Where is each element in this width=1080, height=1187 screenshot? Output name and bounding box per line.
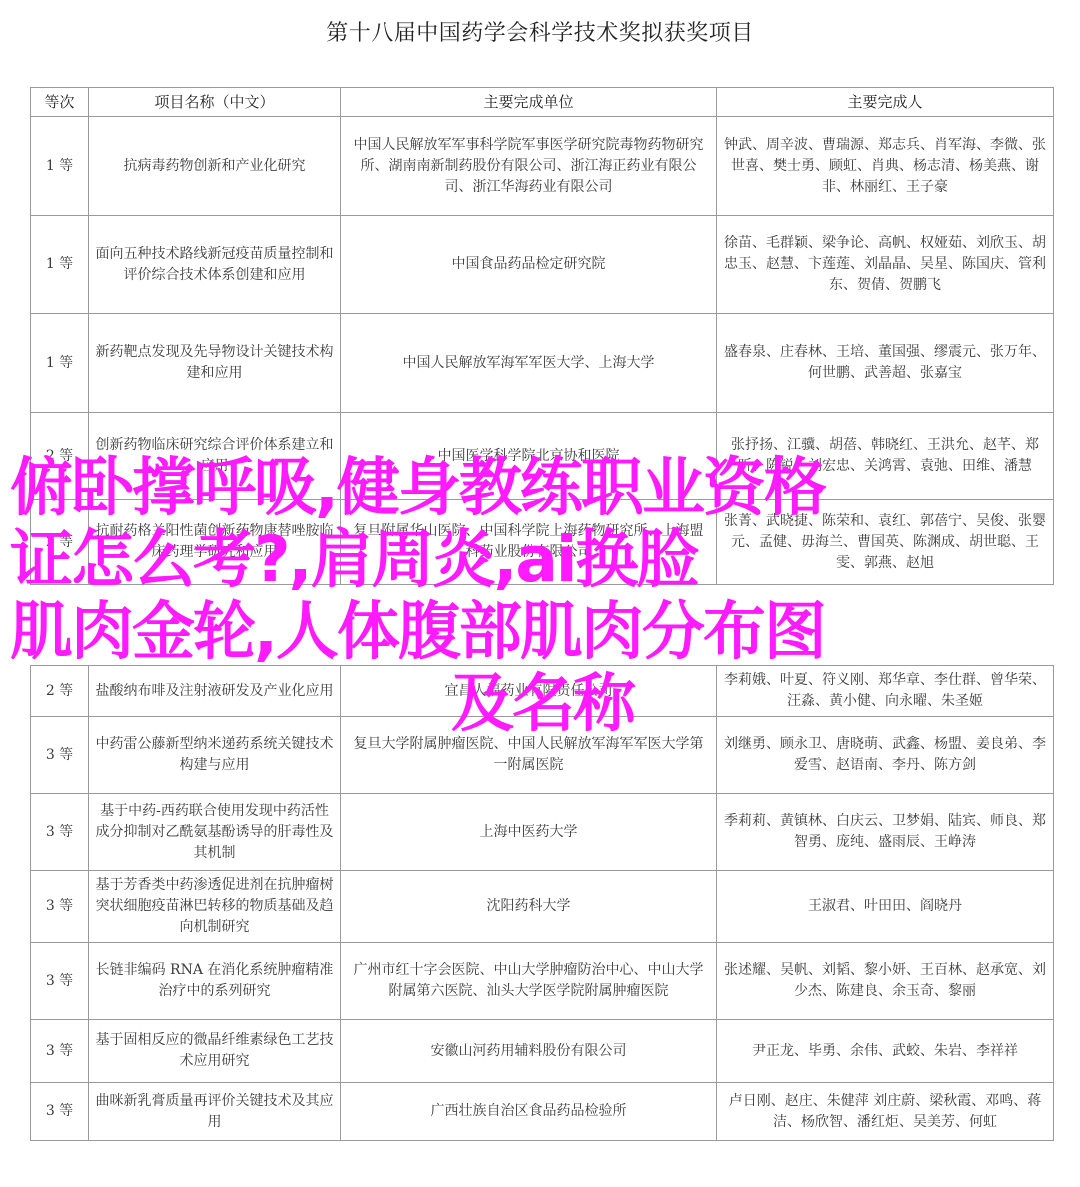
- units-cell: 中国人民解放军海军军医大学、上海大学: [341, 314, 717, 413]
- overlay-line-2: 证怎么考?,肩周炎,ai换脸: [10, 523, 698, 596]
- people-cell: 季莉莉、黄镇林、白庆云、卫梦娟、陆宾、师良、郑智勇、庞纯、盛雨辰、王峥涛: [717, 794, 1054, 871]
- units-cell: 沈阳药科大学: [341, 871, 717, 943]
- overlay-line-1: 俯卧撑呼吸,健身教练职业资格: [10, 451, 825, 524]
- overlay-line-3: 肌肉金轮,人体腹部肌肉分布图: [10, 595, 825, 668]
- units-cell: 安徽山河药用辅料股份有限公司: [341, 1020, 717, 1083]
- table-row: 3 等 长链非编码 RNA 在消化系统肿瘤精准治疗中的系列研究 广州市红十字会医…: [31, 943, 1054, 1020]
- table-row: 3 等 基于固相反应的微晶纤维素绿色工艺技术应用研究 安徽山河药用辅料股份有限公…: [31, 1020, 1054, 1083]
- people-cell: 卢日刚、赵庄、朱健萍 刘庄蔚、梁秋霞、邓鸣、蒋洁、杨欣智、潘红炬、吴美芳、何虹: [717, 1083, 1054, 1141]
- table-row: 3 等 基于中药-西药联合使用发现中药活性成分抑制对乙酰氨基酚诱导的肝毒性及其机…: [31, 794, 1054, 871]
- units-cell: 上海中医药大学: [341, 794, 717, 871]
- project-cell: 新药靶点发现及先导物设计关键技术构建和应用: [89, 314, 341, 413]
- units-cell: 广西壮族自治区食品药品检验所: [341, 1083, 717, 1141]
- project-cell: 抗病毒药物创新和产业化研究: [89, 117, 341, 216]
- overlay-caption: 俯卧撑呼吸,健身教练职业资格 证怎么考?,肩周炎,ai换脸 肌肉金轮,人体腹部肌…: [10, 452, 1075, 740]
- grade-cell: 3 等: [31, 794, 89, 871]
- grade-cell: 1 等: [31, 314, 89, 413]
- table-row: 3 等 曲咪新乳膏质量再评价关键技术及其应用 广西壮族自治区食品药品检验所 卢日…: [31, 1083, 1054, 1141]
- units-cell: 中国人民解放军军事科学院军事医学研究院毒物药物研究所、湖南南新制药股份有限公司、…: [341, 117, 717, 216]
- project-cell: 长链非编码 RNA 在消化系统肿瘤精准治疗中的系列研究: [89, 943, 341, 1020]
- units-cell: 广州市红十字会医院、中山大学肿瘤防治中心、中山大学附属第六医院、汕头大学医学院附…: [341, 943, 717, 1020]
- column-header-people: 主要完成人: [717, 88, 1054, 117]
- people-cell: 王淑君、叶田田、阎晓丹: [717, 871, 1054, 943]
- column-header-project: 项目名称（中文）: [89, 88, 341, 117]
- table-row: 1 等 抗病毒药物创新和产业化研究 中国人民解放军军事科学院军事医学研究院毒物药…: [31, 117, 1054, 216]
- people-cell: 尹正龙、毕勇、余伟、武蛟、朱岩、李祥祥: [717, 1020, 1054, 1083]
- grade-cell: 3 等: [31, 871, 89, 943]
- table-row: 3 等 基于芳香类中药渗透促进剂在抗肿瘤树突状细胞疫苗淋巴转移的物质基础及趋向机…: [31, 871, 1054, 943]
- project-cell: 基于中药-西药联合使用发现中药活性成分抑制对乙酰氨基酚诱导的肝毒性及其机制: [89, 794, 341, 871]
- table-header-row: 等次 项目名称（中文） 主要完成单位 主要完成人: [31, 88, 1054, 117]
- grade-cell: 3 等: [31, 1020, 89, 1083]
- project-cell: 基于固相反应的微晶纤维素绿色工艺技术应用研究: [89, 1020, 341, 1083]
- grade-cell: 1 等: [31, 117, 89, 216]
- table-row: 1 等 新药靶点发现及先导物设计关键技术构建和应用 中国人民解放军海军军医大学、…: [31, 314, 1054, 413]
- document-title: 第十八届中国药学会科学技术奖拟获奖项目: [0, 16, 1080, 47]
- column-header-grade: 等次: [31, 88, 89, 117]
- people-cell: 钟武、周辛波、曹瑞源、郑志兵、肖军海、李微、张世喜、樊士勇、顾虹、肖典、杨志清、…: [717, 117, 1054, 216]
- project-cell: 面向五种技术路线新冠疫苗质量控制和评价综合技术体系创建和应用: [89, 216, 341, 314]
- table-row: 1 等 面向五种技术路线新冠疫苗质量控制和评价综合技术体系创建和应用 中国食品药…: [31, 216, 1054, 314]
- project-cell: 曲咪新乳膏质量再评价关键技术及其应用: [89, 1083, 341, 1141]
- people-cell: 徐苗、毛群颖、梁争论、高帆、权娅茹、刘欣玉、胡忠玉、赵慧、卞莲莲、刘晶晶、吴星、…: [717, 216, 1054, 314]
- project-cell: 基于芳香类中药渗透促进剂在抗肿瘤树突状细胞疫苗淋巴转移的物质基础及趋向机制研究: [89, 871, 341, 943]
- overlay-line-4: 及名称: [10, 668, 1075, 740]
- grade-cell: 1 等: [31, 216, 89, 314]
- grade-cell: 3 等: [31, 1083, 89, 1141]
- people-cell: 张述耀、吴帆、刘韬、黎小妍、王百林、赵承宽、刘少杰、陈建良、余玉奇、黎丽: [717, 943, 1054, 1020]
- units-cell: 中国食品药品检定研究院: [341, 216, 717, 314]
- grade-cell: 3 等: [31, 943, 89, 1020]
- people-cell: 盛春泉、庄春林、王培、董国强、缪震元、张万年、何世鹏、武善超、张嘉宝: [717, 314, 1054, 413]
- column-header-units: 主要完成单位: [341, 88, 717, 117]
